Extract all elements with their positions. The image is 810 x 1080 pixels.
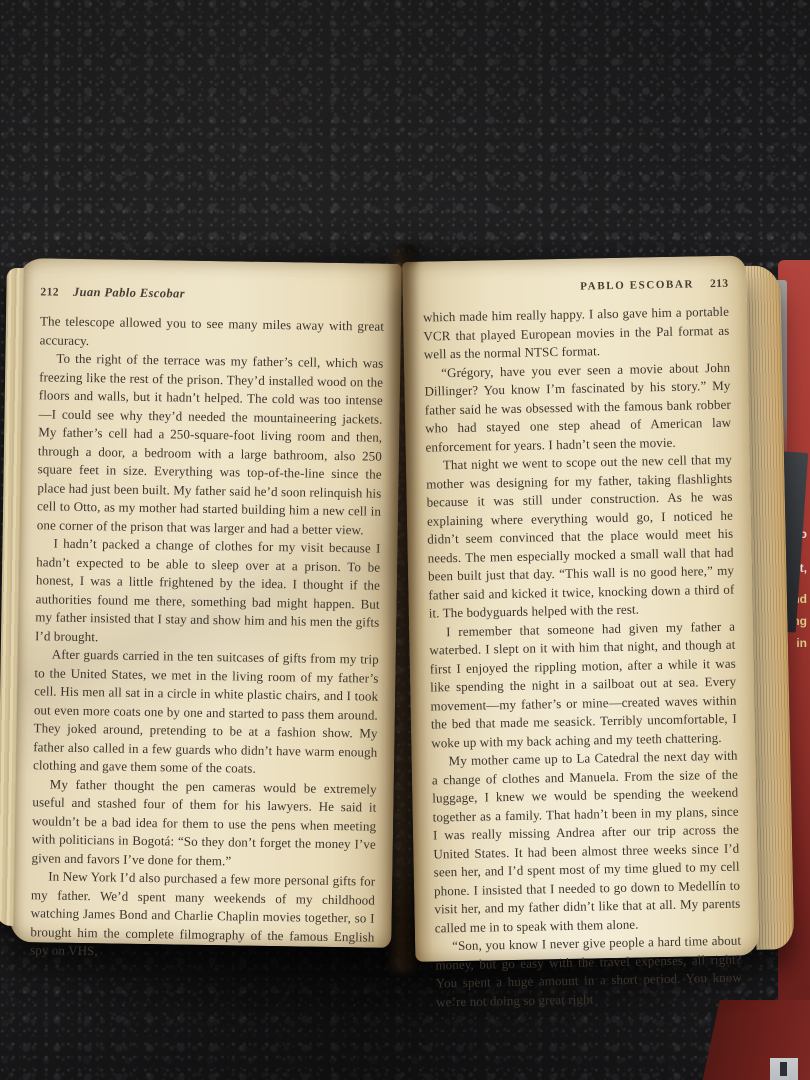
running-title-right: PABLO ESCOBAR: [580, 278, 694, 292]
book-gutter-top-shadow: [396, 244, 426, 266]
book-paragraph: The telescope allowed you to see many mi…: [40, 312, 385, 354]
page-number-right: 213: [710, 278, 729, 290]
book-paragraph: My mother came up to La Catedral the nex…: [431, 747, 740, 938]
page-header-left: 212 Juan Pablo Escobar: [40, 284, 384, 304]
book-paragraph: “Grégory, have you ever seen a movie abo…: [424, 358, 732, 456]
book-paragraph: To the right of the terrace was my fathe…: [37, 349, 384, 539]
book-paragraph: “Son, you know I never give people a har…: [435, 932, 742, 1012]
book-paragraph: which made him really happy. I also gave…: [423, 303, 730, 364]
page-header-right: PABLO ESCOBAR 213: [422, 278, 728, 296]
running-title-left: Juan Pablo Escobar: [73, 285, 185, 302]
cover-corner-glyph: [780, 1062, 787, 1076]
book-paragraph: After guards carried in the ten suitcase…: [33, 645, 379, 780]
photo-scene: lo ct, nd ng in 212 Juan Pablo Escobar T…: [0, 0, 810, 1080]
book-paragraph: My father thought the pen cameras would …: [31, 775, 376, 873]
book-paragraph: I remember that someone had given my fat…: [429, 617, 737, 752]
page-number-left: 212: [40, 286, 59, 298]
page-right: PABLO ESCOBAR 213 which made him really …: [402, 255, 759, 961]
page-left: 212 Juan Pablo Escobar The telescope all…: [9, 258, 402, 948]
book-paragraph: That night we went to scope out the new …: [426, 451, 735, 623]
book-paragraph: I hadn’t packed a change of clothes for …: [35, 534, 381, 650]
book-paragraph: In New York I’d also purchased a few mor…: [30, 867, 375, 965]
